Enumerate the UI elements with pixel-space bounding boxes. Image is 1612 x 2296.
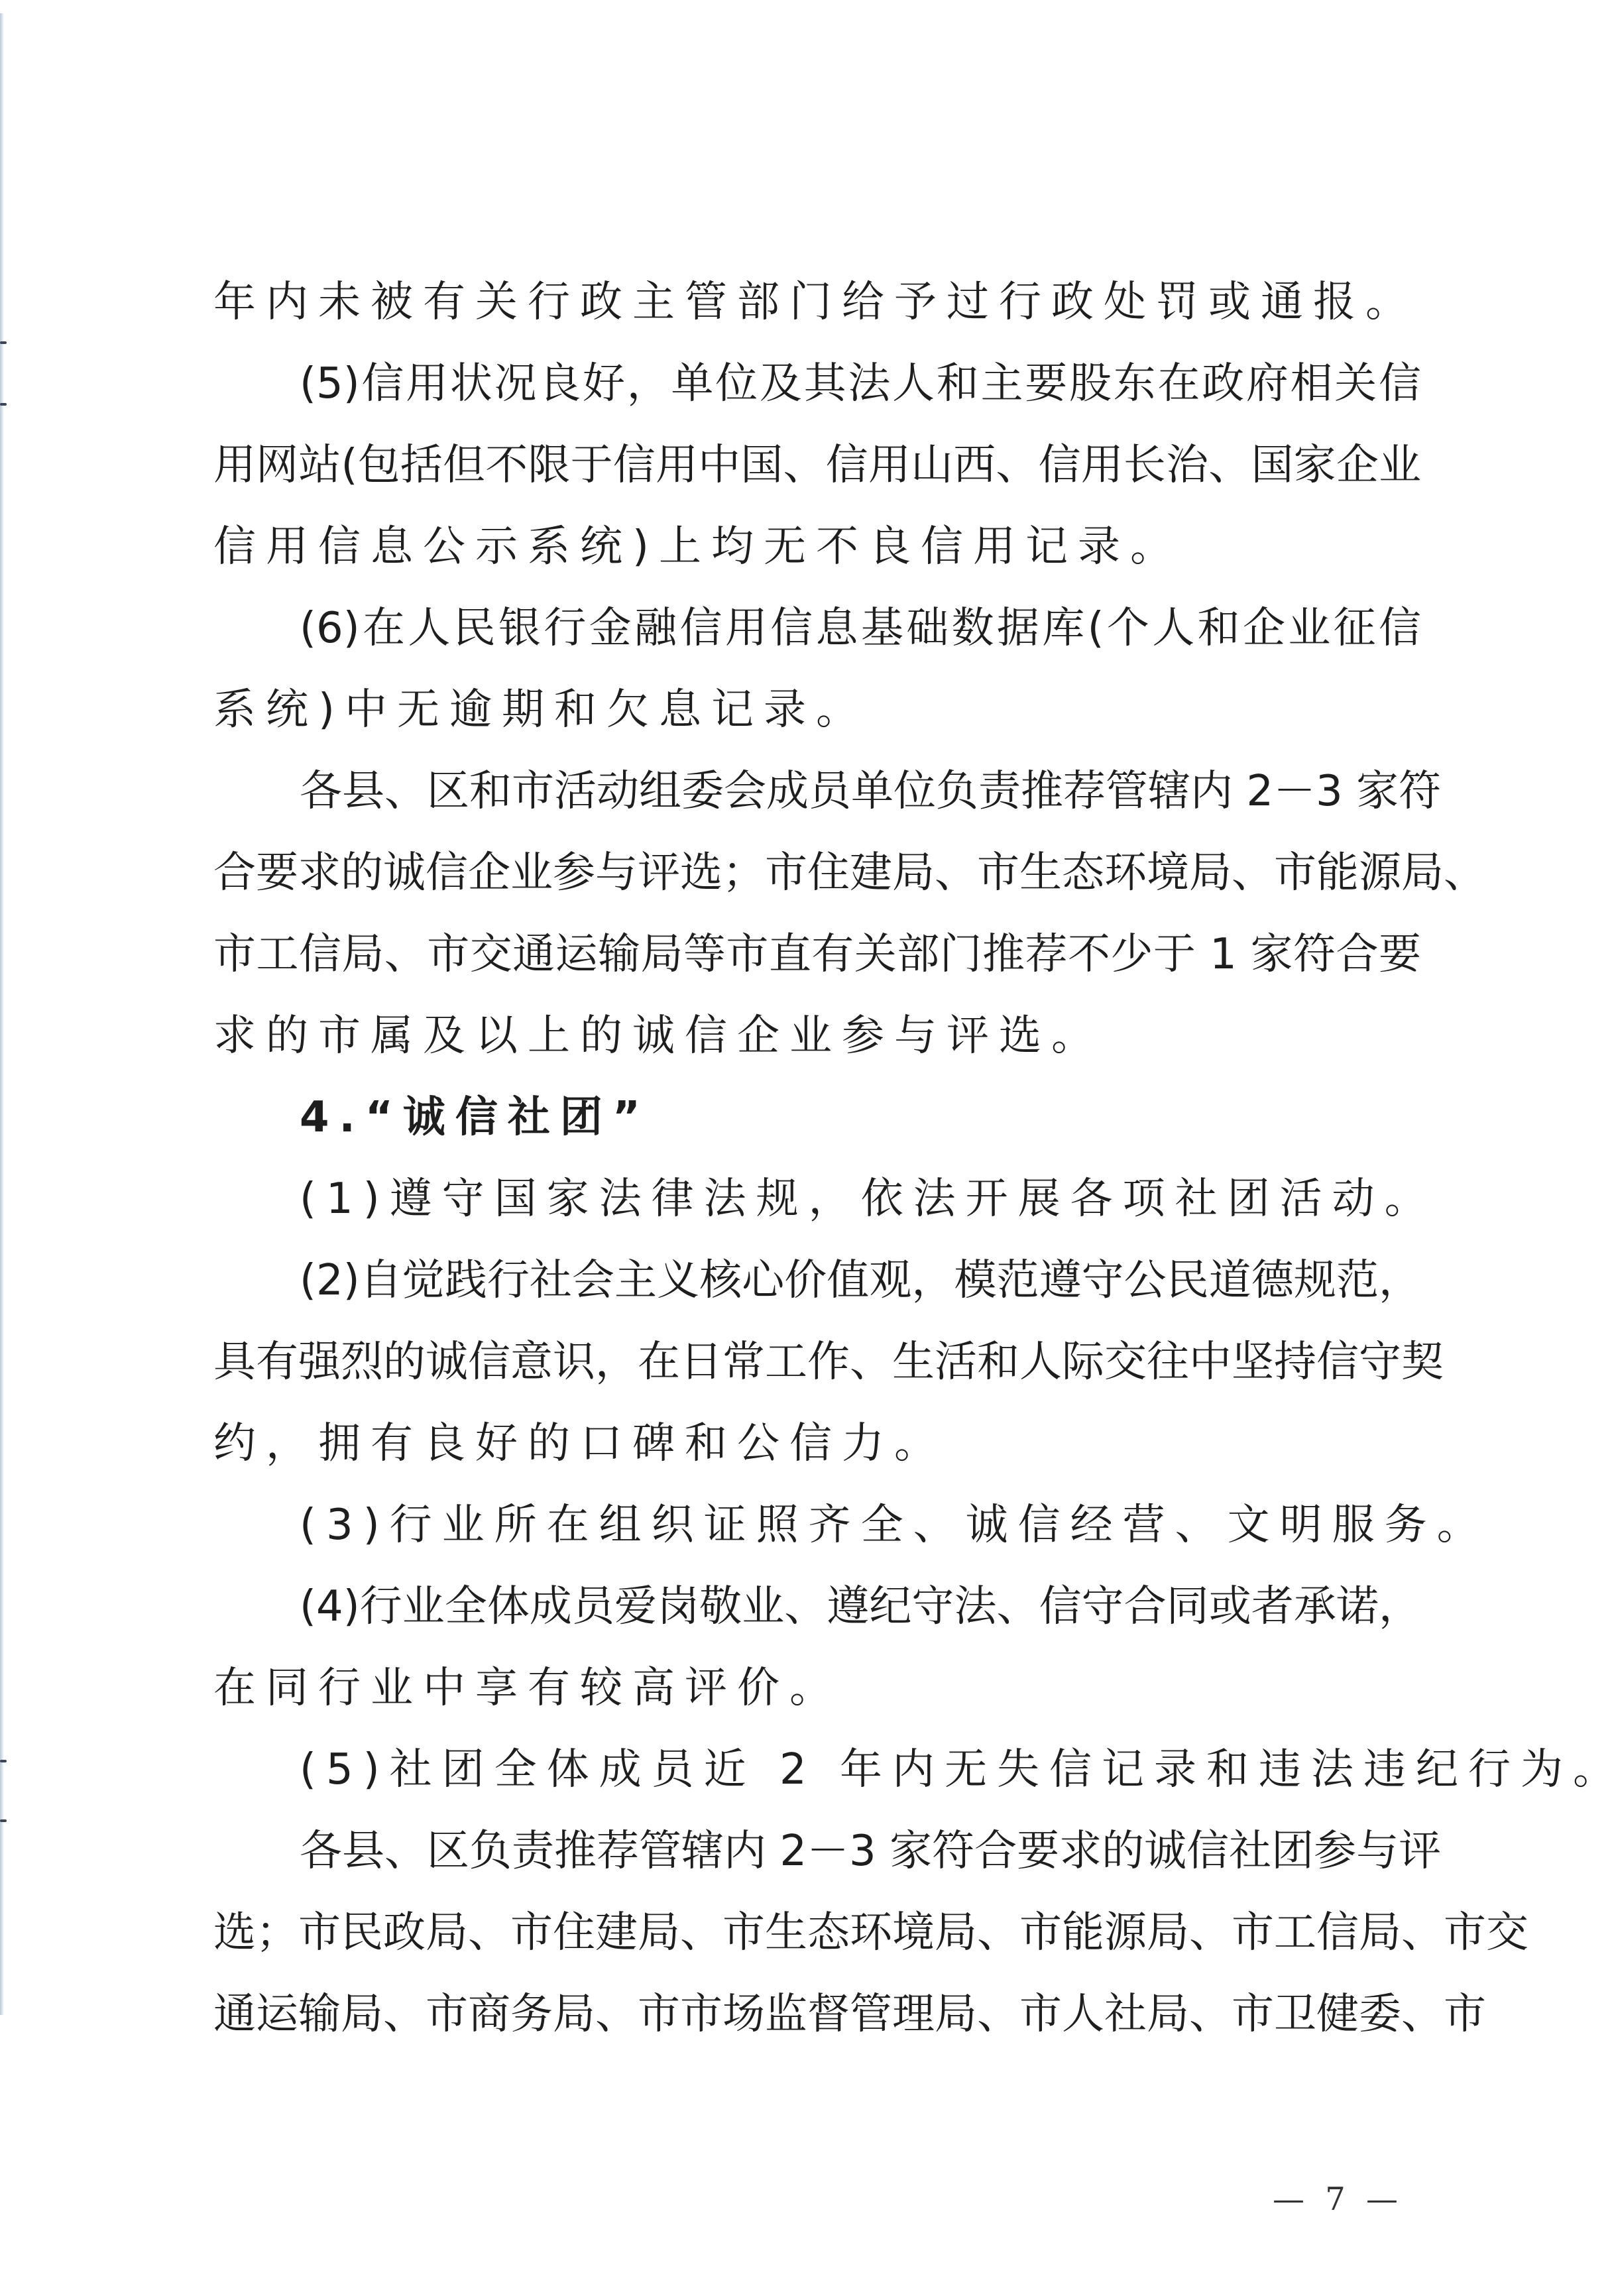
text-line: (2)自觉践行社会主义核心价值观，模范遵守公民道德规范，: [213, 1240, 1421, 1322]
text-line: 选；市民政局、市住建局、市生态环境局、市能源局、市工信局、市交: [213, 1892, 1421, 1974]
scan-mark: [0, 1819, 7, 1822]
text-line: (1)遵守国家法律法规，依法开展各项社团活动。: [213, 1159, 1421, 1240]
text-line: 求的市属及以上的诚信企业参与评选。: [213, 996, 1421, 1077]
page-number: — 7 —: [1273, 2181, 1403, 2218]
text-line: (5)社团全体成员近 2 年内无失信记录和违法违纪行为。: [213, 1729, 1421, 1811]
text-line: 通运输局、市商务局、市市场监督管理局、市人社局、市卫健委、市: [213, 1974, 1421, 2055]
text-line: (6)在人民银行金融信用信息基础数据库(个人和企业征信: [213, 588, 1421, 669]
text-line: 在同行业中享有较高评价。: [213, 1648, 1421, 1729]
scan-mark: [0, 403, 7, 406]
text-line: 约，拥有良好的口碑和公信力。: [213, 1403, 1421, 1485]
scan-mark: [0, 341, 7, 344]
section-heading: 4.“诚信社团”: [213, 1077, 1421, 1159]
text-line: 各县、区负责推荐管辖内 2－3 家符合要求的诚信社团参与评: [213, 1811, 1421, 1892]
text-line: (5)信用状况良好，单位及其法人和主要股东在政府相关信: [213, 343, 1421, 425]
text-line: 系统)中无逾期和欠息记录。: [213, 669, 1421, 751]
text-line: 信用信息公示系统)上均无不良信用记录。: [213, 506, 1421, 588]
text-line: (4)行业全体成员爱岗敬业、遵纪守法、信守合同或者承诺，: [213, 1566, 1421, 1648]
text-line: 年内未被有关行政主管部门给予过行政处罚或通报。: [213, 262, 1421, 343]
text-line: 用网站(包括但不限于信用中国、信用山西、信用长治、国家企业: [213, 425, 1421, 506]
text-line: 具有强烈的诚信意识，在日常工作、生活和人际交往中坚持信守契: [213, 1322, 1421, 1403]
text-line: 市工信局、市交通运输局等市直有关部门推荐不少于 1 家符合要: [213, 914, 1421, 996]
text-line: 各县、区和市活动组委会成员单位负责推荐管辖内 2－3 家符: [213, 751, 1421, 832]
text-line: (3)行业所在组织证照齐全、诚信经营、文明服务。: [213, 1485, 1421, 1566]
scan-edge-shadow: [0, 13, 4, 2015]
text-line: 合要求的诚信企业参与评选；市住建局、市生态环境局、市能源局、: [213, 832, 1421, 914]
scan-mark: [0, 1760, 7, 1762]
document-body: 年内未被有关行政主管部门给予过行政处罚或通报。(5)信用状况良好，单位及其法人和…: [213, 262, 1421, 2055]
